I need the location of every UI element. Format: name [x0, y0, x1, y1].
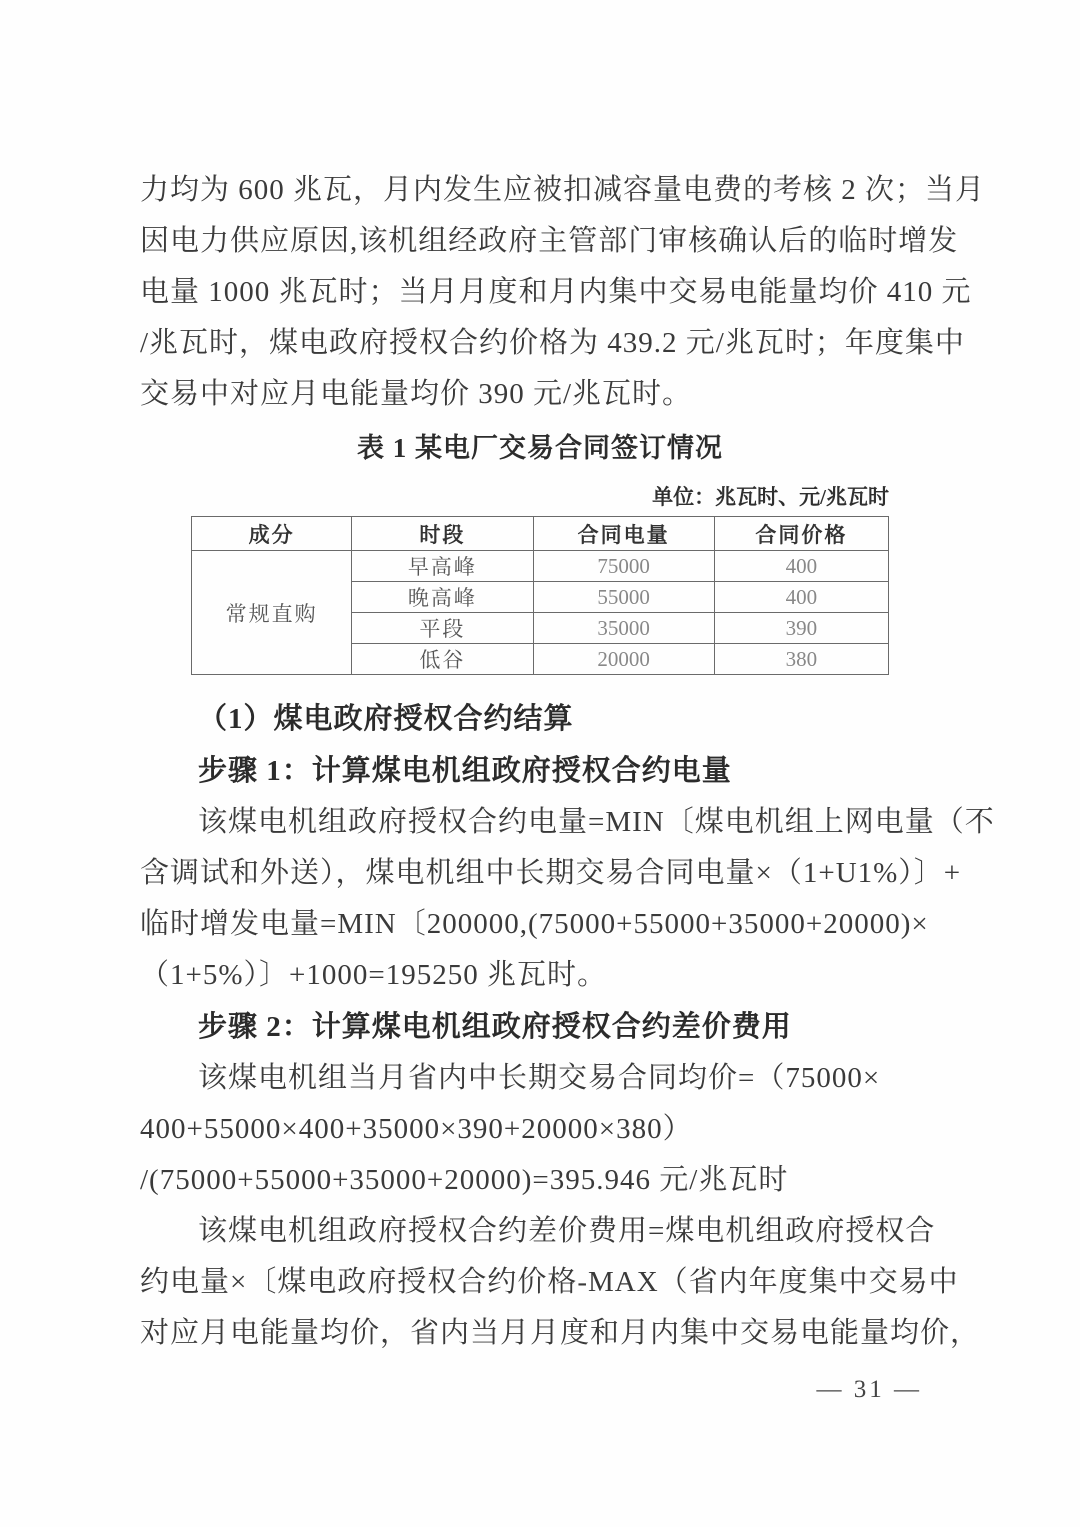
paragraph-line: 约电量×〔煤电政府授权合约价格-MAX（省内年度集中交易中: [140, 1257, 940, 1308]
paragraph-line: /兆瓦时，煤电政府授权合约价格为 439.2 元/兆瓦时；年度集中: [140, 318, 940, 369]
paragraph-line: 临时增发电量=MIN〔200000,(75000+55000+35000+200…: [140, 899, 940, 950]
step2-heading: 步骤 2：计算煤电机组政府授权合约差价费用: [140, 1001, 940, 1053]
paragraph-line: （1+5%）〕+1000=195250 兆瓦时。: [140, 950, 940, 1001]
paragraph-line: 该煤电机组政府授权合约电量=MIN〔煤电机组上网电量（不: [140, 797, 940, 848]
paragraph-line: 对应月电能量均价，省内当月月度和月内集中交易电能量均价，: [140, 1308, 940, 1359]
paragraph-line: 交易中对应月电能量均价 390 元/兆瓦时。: [140, 369, 940, 420]
table-header-row: 成分 时段 合同电量 合同价格: [192, 517, 889, 551]
paragraph-line: 电量 1000 兆瓦时；当月月度和月内集中交易电能量均价 410 元: [140, 267, 940, 318]
header-component: 成分: [192, 517, 352, 551]
paragraph-line: 力均为 600 兆瓦，月内发生应被扣减容量电费的考核 2 次；当月: [140, 165, 940, 216]
cell-volume: 75000: [533, 551, 714, 582]
cell-period: 晚高峰: [352, 582, 533, 613]
paragraph-line: 因电力供应原因,该机组经政府主管部门审核确认后的临时增发: [140, 216, 940, 267]
intro-paragraph: 力均为 600 兆瓦，月内发生应被扣减容量电费的考核 2 次；当月 因电力供应原…: [140, 165, 940, 420]
cell-price: 400: [714, 582, 888, 613]
contract-table: 成分 时段 合同电量 合同价格 常规直购 早高峰 75000 400 晚高峰 5…: [191, 516, 889, 675]
paragraph-line: 该煤电机组政府授权合约差价费用=煤电机组政府授权合: [140, 1206, 940, 1257]
step2-paragraph-1: 该煤电机组当月省内中长期交易合同均价=（75000× 400+55000×400…: [140, 1053, 940, 1206]
paragraph-line: /(75000+55000+35000+20000)=395.946 元/兆瓦时: [140, 1155, 940, 1206]
step2-paragraph-2: 该煤电机组政府授权合约差价费用=煤电机组政府授权合 约电量×〔煤电政府授权合约价…: [140, 1206, 940, 1359]
table-title: 表 1 某电厂交易合同签订情况: [140, 428, 940, 468]
page-number: — 31 —: [817, 1376, 923, 1404]
paragraph-line: 含调试和外送），煤电机组中长期交易合同电量×（1+U1%）〕+: [140, 848, 940, 899]
cell-period: 低谷: [352, 644, 533, 675]
section-heading: （1）煤电政府授权合约结算: [140, 693, 940, 745]
cell-price: 390: [714, 613, 888, 644]
step1-paragraph: 该煤电机组政府授权合约电量=MIN〔煤电机组上网电量（不 含调试和外送），煤电机…: [140, 797, 940, 1001]
header-contract-volume: 合同电量: [533, 517, 714, 551]
header-contract-price: 合同价格: [714, 517, 888, 551]
cell-period: 平段: [352, 613, 533, 644]
table-row: 常规直购 早高峰 75000 400: [192, 551, 889, 582]
cell-row-group-label: 常规直购: [192, 551, 352, 675]
cell-volume: 35000: [533, 613, 714, 644]
cell-volume: 55000: [533, 582, 714, 613]
header-period: 时段: [352, 517, 533, 551]
cell-price: 400: [714, 551, 888, 582]
cell-period: 早高峰: [352, 551, 533, 582]
document-page: 力均为 600 兆瓦，月内发生应被扣减容量电费的考核 2 次；当月 因电力供应原…: [0, 0, 1080, 1527]
paragraph-line: 该煤电机组当月省内中长期交易合同均价=（75000×: [140, 1053, 940, 1104]
cell-volume: 20000: [533, 644, 714, 675]
table-block: 单位：兆瓦时、元/兆瓦时 成分 时段 合同电量 合同价格 常规直购 早高峰 75…: [191, 484, 889, 675]
cell-price: 380: [714, 644, 888, 675]
paragraph-line: 400+55000×400+35000×390+20000×380）: [140, 1104, 940, 1155]
table-unit-note: 单位：兆瓦时、元/兆瓦时: [191, 484, 889, 510]
step1-heading: 步骤 1：计算煤电机组政府授权合约电量: [140, 745, 940, 797]
